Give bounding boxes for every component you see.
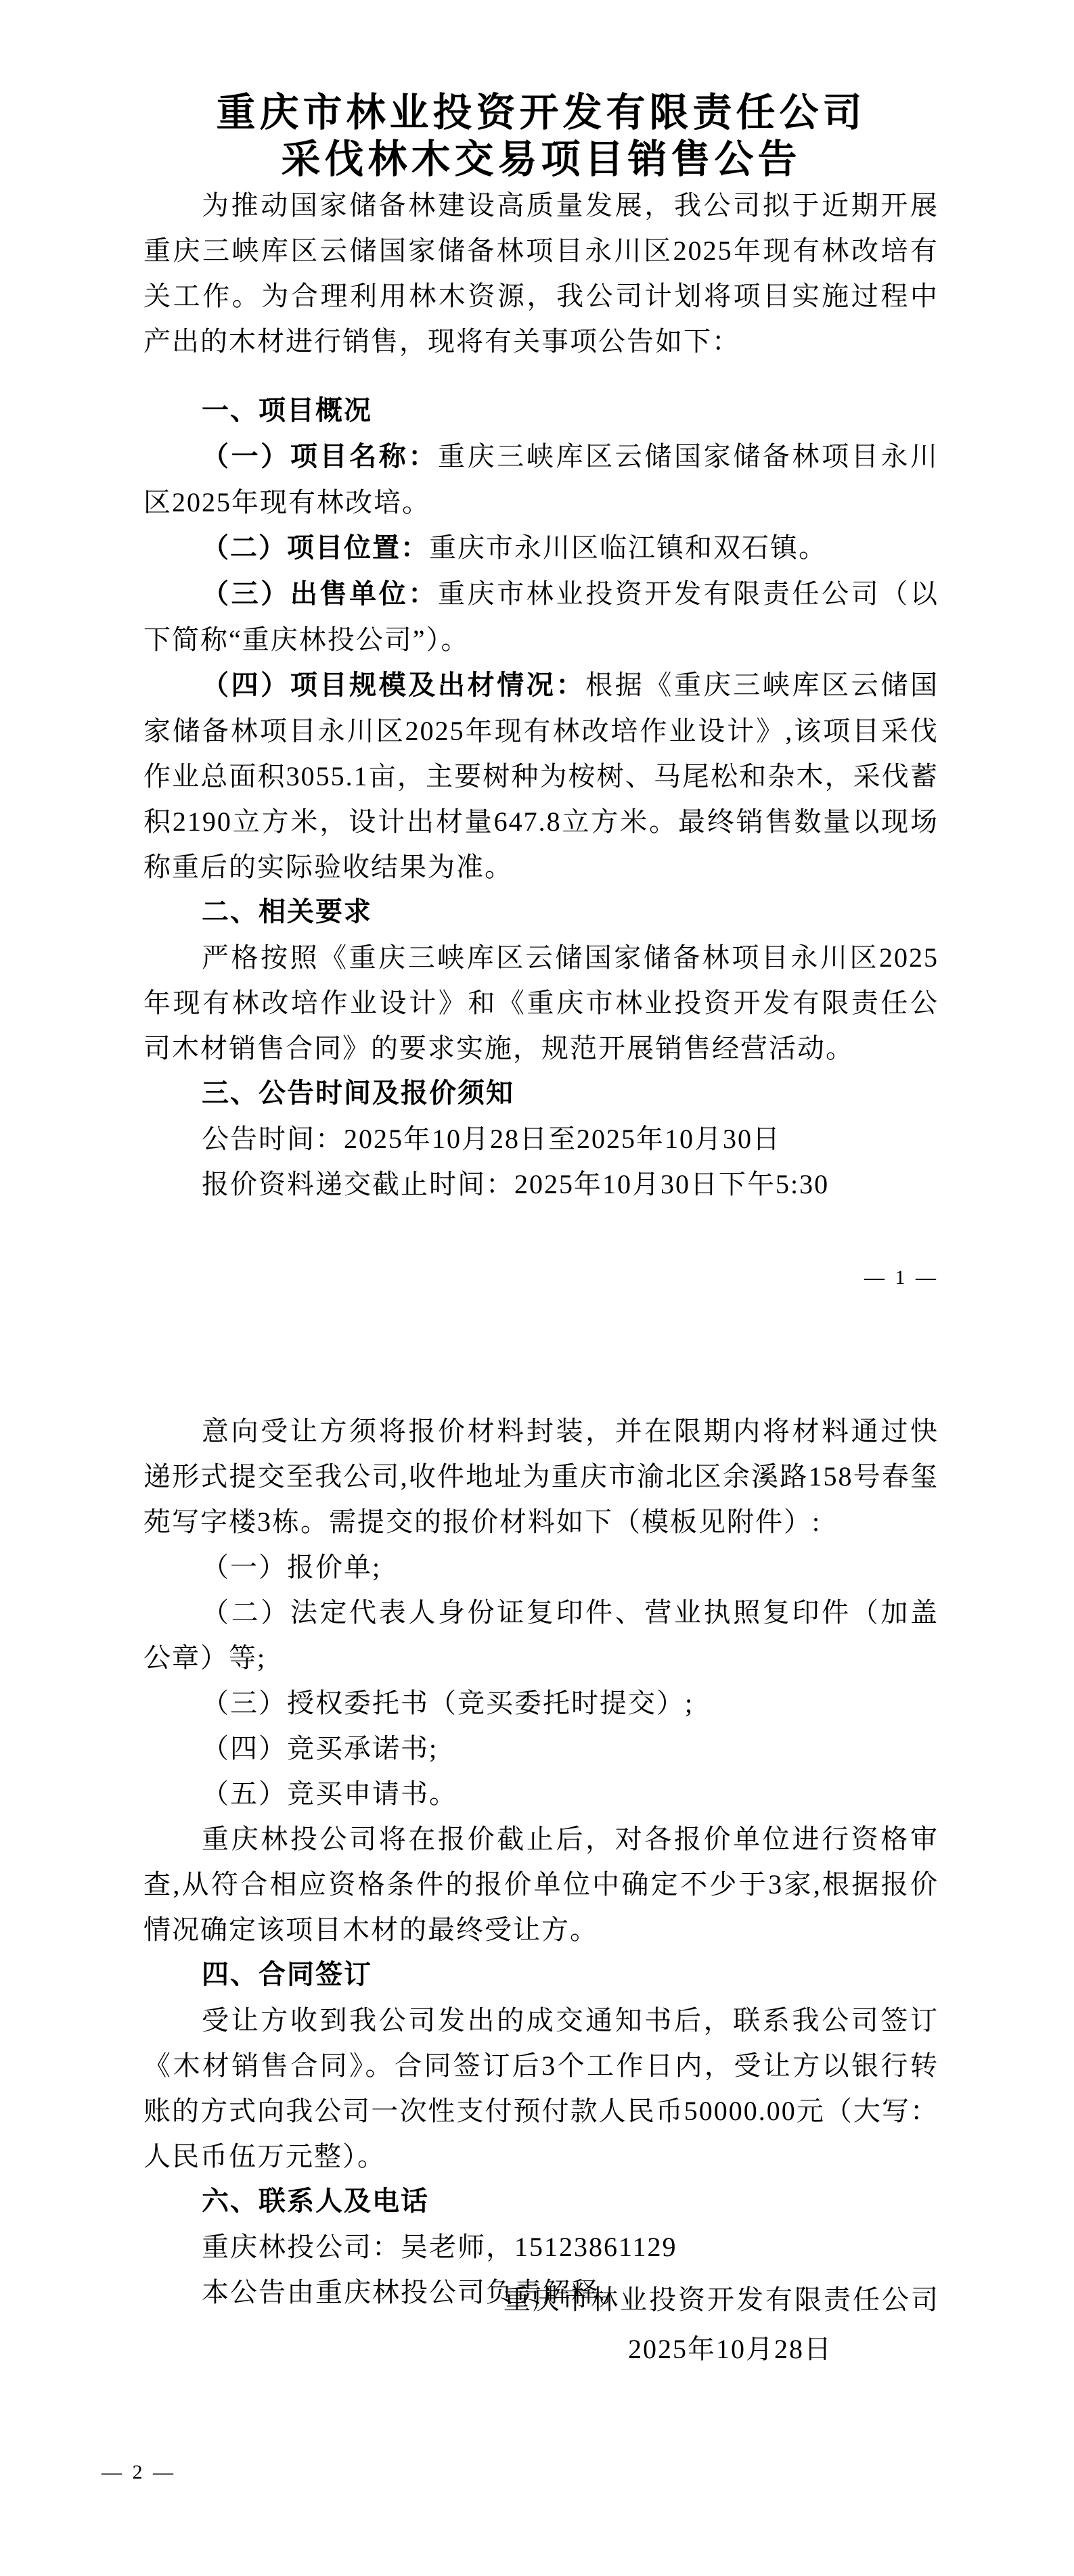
page-1-number: — 1 — (864, 1268, 939, 1288)
project-scale-text: 根据《重庆三峡库区云储国家储备林项目永川区2025年现有林改培作业设计》,该项目… (143, 670, 939, 882)
qualification-review-paragraph: 重庆林投公司将在报价截止后，对各报价单位进行资格审查,从符合相应资格条件的报价单… (143, 1816, 939, 1952)
material-item-authorization: （三）授权委托书（竞买委托时提交）; (143, 1680, 939, 1726)
signature-date: 2025年10月28日 (628, 2334, 832, 2365)
document-content: 重庆市林业投资开发有限责任公司 采伐林木交易项目销售公告 为推动国家储备林建设高… (143, 0, 939, 2315)
material-item-commitment: （四）竞买承诺书; (143, 1726, 939, 1771)
contract-signing-paragraph: 受让方收到我公司发出的成交通知书后，联系我公司签订《木材销售合同》。合同签订后3… (143, 1998, 939, 2179)
project-location-label: （二）项目位置： (202, 533, 429, 563)
section-heading-project-overview: 一、项目概况 (143, 388, 939, 434)
document-title-line-2: 采伐林木交易项目销售公告 (143, 136, 939, 183)
section-heading-announcement-time: 三、公告时间及报价须知 (143, 1071, 939, 1116)
page-1-area: 重庆市林业投资开发有限责任公司 采伐林木交易项目销售公告 为推动国家储备林建设高… (143, 89, 939, 1408)
page-2-area: 意向受让方须将报价材料封装，并在限期内将材料通过快递形式提交至我公司,收件地址为… (143, 1408, 939, 2315)
project-scale-item: （四）项目规模及出材情况：根据《重庆三峡库区云储国家储备林项目永川区2025年现… (143, 662, 939, 890)
quote-deadline-line: 报价资料递交截止时间：2025年10月30日下午5:30 (143, 1161, 939, 1207)
seller-label: （三）出售单位： (202, 579, 438, 609)
material-item-id-license: （二）法定代表人身份证复印件、营业执照复印件（加盖公章）等; (143, 1590, 939, 1680)
announcement-time-line: 公告时间：2025年10月28日至2025年10月30日 (143, 1116, 939, 1161)
project-name-item: （一）项目名称：重庆三峡库区云储国家储备林项目永川区2025年现有林改培。 (143, 434, 939, 525)
seller-item: （三）出售单位：重庆市林业投资开发有限责任公司（以下简称“重庆林投公司”）。 (143, 571, 939, 662)
document-page: 重庆市林业投资开发有限责任公司 采伐林木交易项目销售公告 为推动国家储备林建设高… (0, 0, 1074, 2576)
document-title: 重庆市林业投资开发有限责任公司 采伐林木交易项目销售公告 (143, 89, 939, 183)
submission-intro-paragraph: 意向受让方须将报价材料封装，并在限期内将材料通过快递形式提交至我公司,收件地址为… (143, 1408, 939, 1544)
section-heading-contact: 六、联系人及电话 (143, 2179, 939, 2224)
project-location-text: 重庆市永川区临江镇和双石镇。 (429, 532, 827, 563)
project-location-item: （二）项目位置：重庆市永川区临江镇和双石镇。 (143, 525, 939, 571)
requirements-paragraph: 严格按照《重庆三峡库区云储国家储备林项目永川区2025年现有林改培作业设计》和《… (143, 935, 939, 1071)
project-scale-label: （四）项目规模及出材情况： (202, 670, 585, 700)
material-item-application: （五）竞买申请书。 (143, 1771, 939, 1816)
signature-company: 重庆市林业投资开发有限责任公司 (504, 2284, 940, 2316)
page-2-number: — 2 — (102, 2462, 176, 2483)
material-item-quote-sheet: （一）报价单; (143, 1544, 939, 1590)
section-heading-contract-signing: 四、合同签订 (143, 1952, 939, 1998)
intro-paragraph: 为推动国家储备林建设高质量发展，我公司拟于近期开展重庆三峡库区云储国家储备林项目… (143, 183, 939, 364)
section-heading-requirements: 二、相关要求 (143, 890, 939, 935)
project-name-label: （一）项目名称： (202, 442, 438, 471)
document-title-line-1: 重庆市林业投资开发有限责任公司 (143, 89, 939, 136)
contact-line: 重庆林投公司：吴老师，15123861129 (143, 2224, 939, 2270)
